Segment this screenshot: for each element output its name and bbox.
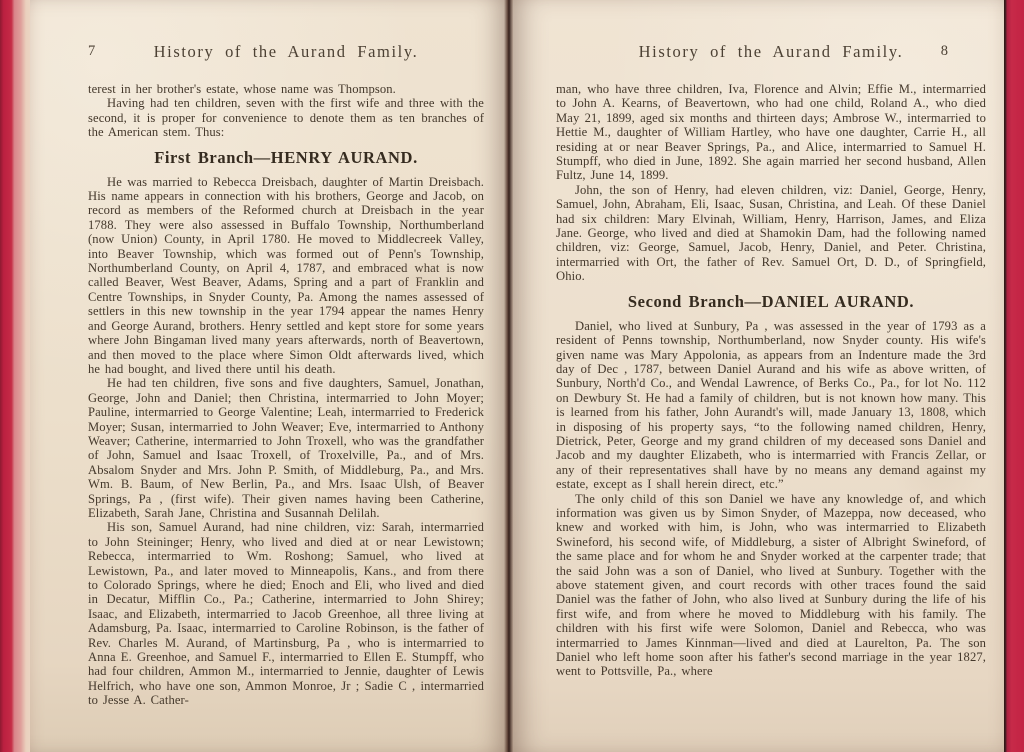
paragraph-continuation: terest in her brother's estate, whose na… [88,82,484,96]
right-page: History of the Aurand Family. 8 man, who… [508,0,1004,752]
left-page: 7 History of the Aurand Family. terest i… [30,0,508,752]
book-spine-gutter [504,0,513,752]
section-heading-second-branch: Second Branch—DANIEL AURAND. [556,292,986,312]
left-page-header: 7 History of the Aurand Family. [88,42,484,66]
running-title: History of the Aurand Family. [556,42,986,62]
section-heading-first-branch: First Branch—HENRY AURAND. [88,148,484,168]
paragraph-henry-aurand: He was married to Rebecca Dreisbach, dau… [88,175,484,377]
paragraph-daniel-aurand: Daniel, who lived at Sunbury, Pa , was a… [556,319,986,492]
running-title: History of the Aurand Family. [88,42,484,62]
paragraph-john-children: John, the son of Henry, had eleven child… [556,183,986,284]
book-spread-photo: 7 History of the Aurand Family. terest i… [0,0,1024,752]
page-number: 8 [941,43,948,60]
paragraph-henry-children: He had ten children, five sons and five … [88,376,484,520]
paragraph-intro: Having had ten children, seven with the … [88,96,484,139]
paragraph-daniel-only-child: The only child of this son Daniel we hav… [556,492,986,679]
paragraph-continuation: man, who have three children, Iva, Flore… [556,82,986,183]
paragraph-samuel-aurand: His son, Samuel Aurand, had nine childre… [88,520,484,707]
right-page-header: History of the Aurand Family. 8 [556,42,986,66]
